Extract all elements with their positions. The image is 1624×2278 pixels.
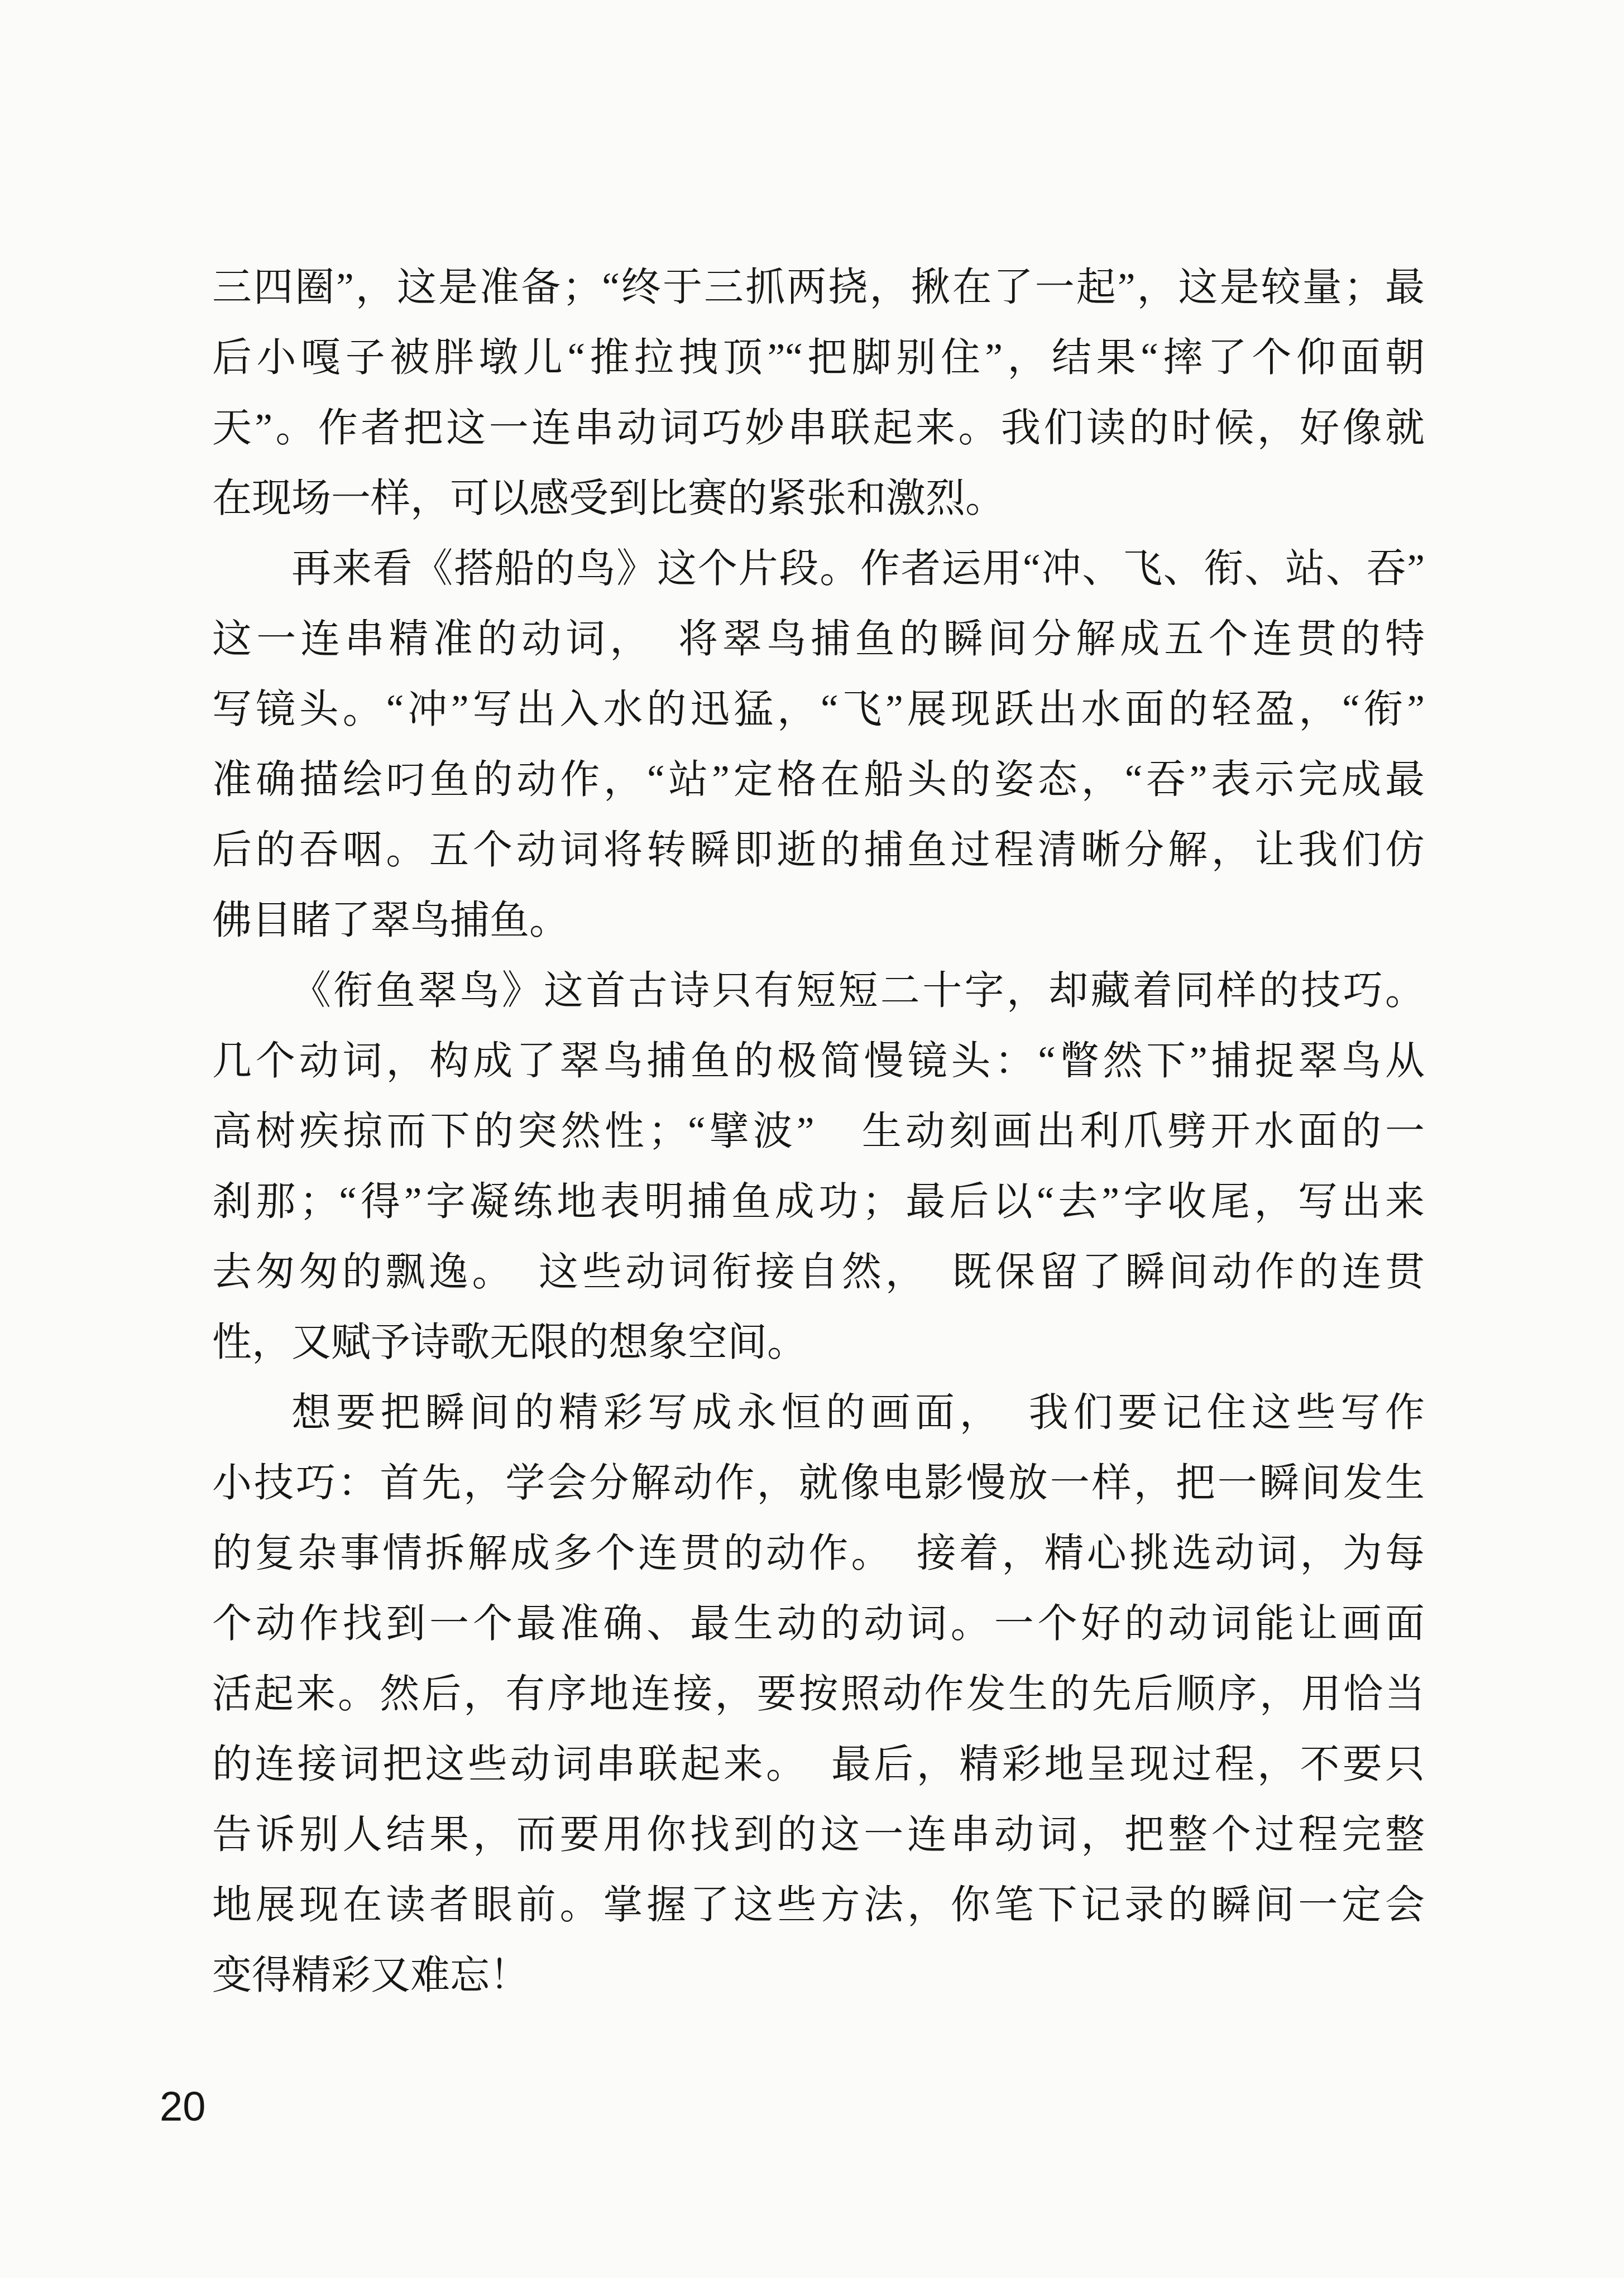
text-line: 告诉别人结果，而要用你找到的这一连串动词，把整个过程完整 <box>212 1800 1425 1870</box>
text-line: 高树疾掠而下的突然性；“擘波” 生动刻画出利爪劈开水面的一 <box>212 1096 1425 1167</box>
page: 三四圈”，这是准备；“终于三抓两挠，揪在了一起”，这是较量；最后小嘎子被胖墩儿“… <box>0 0 1624 2278</box>
text-line: 想要把瞬间的精彩写成永恒的画面， 我们要记住这些写作 <box>212 1378 1425 1448</box>
text-line: 刹那；“得”字凝练地表明捕鱼成功；最后以“去”字收尾，写出来 <box>212 1167 1425 1237</box>
text-line: 后小嘎子被胖墩儿“推拉拽顶”“把脚别住”，结果“摔了个仰面朝 <box>212 323 1425 393</box>
text-line: 去匆匆的飘逸。 这些动词衔接自然， 既保留了瞬间动作的连贯 <box>212 1237 1425 1307</box>
text-line: 写镜头。“冲”写出入水的迅猛，“飞”展现跃出水面的轻盈，“衔” <box>212 674 1425 745</box>
text-line: 三四圈”，这是准备；“终于三抓两挠，揪在了一起”，这是较量；最 <box>212 252 1425 323</box>
text-line: 天”。作者把这一连串动词巧妙串联起来。我们读的时候，好像就 <box>212 393 1425 463</box>
text-line: 在现场一样，可以感受到比赛的紧张和激烈。 <box>212 463 1425 534</box>
text-line: 地展现在读者眼前。掌握了这些方法，你笔下记录的瞬间一定会 <box>212 1870 1425 1940</box>
page-number: 20 <box>160 2085 205 2128</box>
text-line: 变得精彩又难忘！ <box>212 1940 1425 2011</box>
body-text: 三四圈”，这是准备；“终于三抓两挠，揪在了一起”，这是较量；最后小嘎子被胖墩儿“… <box>212 252 1425 2011</box>
text-line: 性，又赋予诗歌无限的想象空间。 <box>212 1307 1425 1378</box>
text-line: 再来看《搭船的鸟》这个片段。作者运用“冲、飞、衔、站、吞” <box>212 534 1425 604</box>
text-line: 小技巧：首先，学会分解动作，就像电影慢放一样，把一瞬间发生 <box>212 1448 1425 1518</box>
text-line: 几个动词，构成了翠鸟捕鱼的极简慢镜头：“瞥然下”捕捉翠鸟从 <box>212 1026 1425 1096</box>
text-line: 的连接词把这些动词串联起来。 最后，精彩地呈现过程，不要只 <box>212 1729 1425 1800</box>
text-line: 佛目睹了翠鸟捕鱼。 <box>212 885 1425 956</box>
text-line: 后的吞咽。五个动词将转瞬即逝的捕鱼过程清晰分解，让我们仿 <box>212 815 1425 885</box>
text-line: 准确描绘叼鱼的动作，“站”定格在船头的姿态，“吞”表示完成最 <box>212 745 1425 815</box>
text-line: 活起来。然后，有序地连接，要按照动作发生的先后顺序，用恰当 <box>212 1659 1425 1729</box>
text-line: 的复杂事情拆解成多个连贯的动作。 接着，精心挑选动词，为每 <box>212 1518 1425 1589</box>
text-line: 个动作找到一个最准确、最生动的动词。一个好的动词能让画面 <box>212 1589 1425 1659</box>
text-line: 这一连串精准的动词， 将翠鸟捕鱼的瞬间分解成五个连贯的特 <box>212 604 1425 674</box>
text-line: 《衔鱼翠鸟》这首古诗只有短短二十字，却藏着同样的技巧。 <box>212 956 1425 1026</box>
